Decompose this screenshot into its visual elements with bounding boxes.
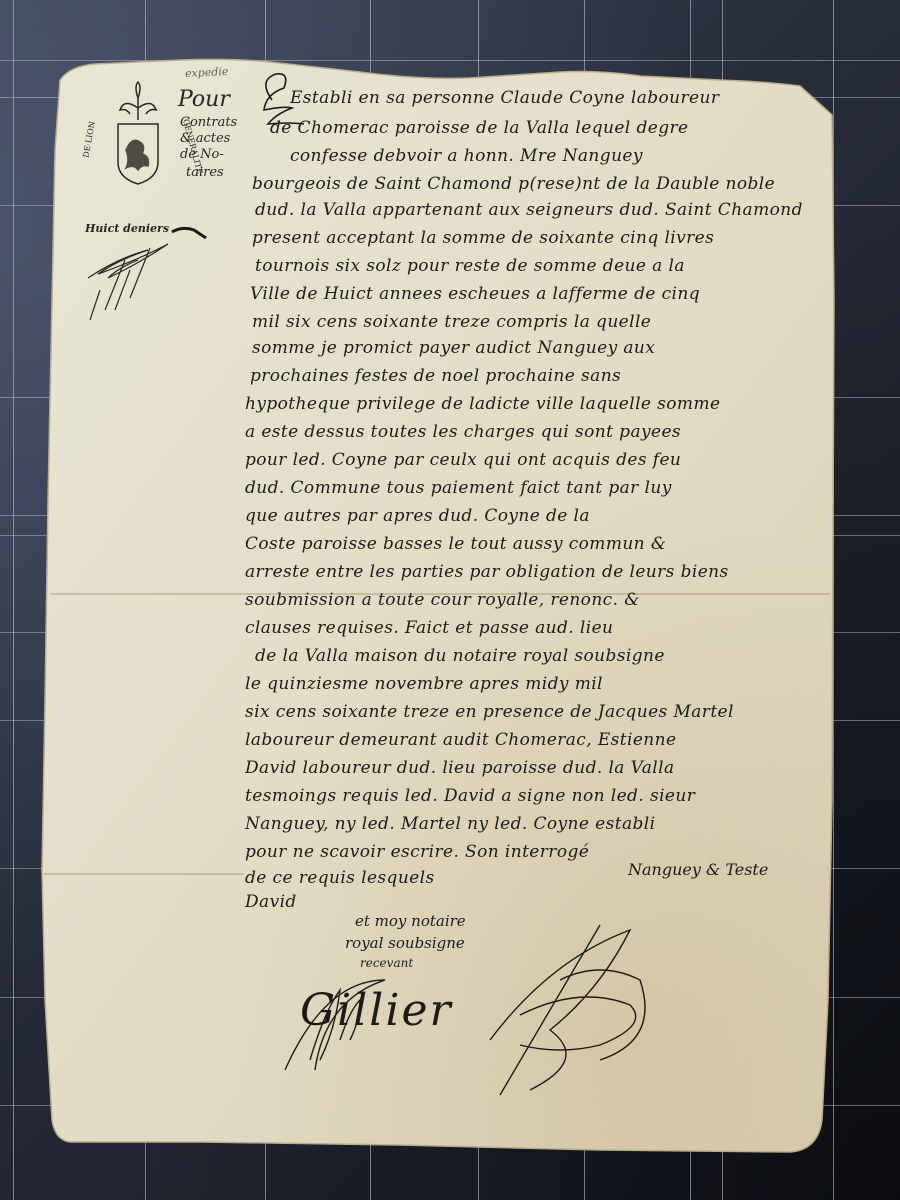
manuscript-line: soubmission a toute cour royalle, renonc… [245, 590, 640, 610]
manuscript-line: six cens soixante treze en presence de J… [245, 702, 734, 722]
manuscript-line: David [245, 892, 297, 912]
manuscript-line: le quinziesme novembre apres midy mil [245, 674, 603, 694]
manuscript-line: que autres par apres dud. Coyne de la [245, 506, 590, 526]
manuscript-line: de ce requis lesquels [245, 868, 435, 888]
manuscript-line: Establi en sa personne Claude Coyne labo… [290, 88, 719, 108]
manuscript-line: de Chomerac paroisse de la Valla lequel … [270, 118, 688, 138]
manuscript-line: laboureur demeurant audit Chomerac, Esti… [245, 730, 676, 750]
notary-signature: Gillier [300, 985, 453, 1036]
document-sheet: DE·LION GENERALITE expedie Pour Contrats… [0, 0, 900, 1200]
stamp-text-line: & actes [180, 131, 230, 146]
manuscript-line: David laboureur dud. lieu paroisse dud. … [245, 758, 675, 778]
closing-line: recevant [360, 956, 413, 970]
witness-signature: Nanguey & Teste [628, 860, 768, 879]
manuscript-line: clauses requises. Faict et passe aud. li… [245, 618, 613, 638]
manuscript-line: prochaines festes de noel prochaine sans [250, 366, 621, 386]
manuscript-line: a este dessus toutes les charges qui son… [245, 422, 681, 442]
manuscript-line: hypotheque privilege de ladicte ville la… [245, 394, 720, 414]
annotation-expedie: expedie [185, 65, 229, 80]
manuscript-line: arreste entre les parties par obligation… [245, 562, 729, 582]
manuscript-line: confesse debvoir a honn. Mre Nanguey [290, 146, 643, 166]
manuscript-line: Coste paroisse basses le tout aussy comm… [245, 534, 666, 554]
closing-line: et moy notaire [355, 912, 466, 930]
manuscript-line: dud. la Valla appartenant aux seigneurs … [255, 200, 803, 220]
closing-line: royal soubsigne [345, 934, 465, 952]
stamp-text-line: de No- [180, 147, 224, 162]
manuscript-line: pour ne scavoir escrire. Son interrogé [245, 842, 589, 862]
manuscript-line: Ville de Huict annees escheues a lafferm… [250, 284, 700, 304]
manuscript-line: dud. Commune tous paiement faict tant pa… [245, 478, 672, 498]
stamp-text-pour: Pour [178, 87, 230, 112]
stamp-tax-label: Huict deniers [85, 222, 169, 235]
manuscript-line: Nanguey, ny led. Martel ny led. Coyne es… [245, 814, 655, 834]
manuscript-line: pour led. Coyne par ceulx qui ont acquis… [245, 450, 681, 470]
manuscript-line: tournois six solz pour reste de somme de… [255, 256, 685, 276]
manuscript-line: de la Valla maison du notaire royal soub… [255, 646, 665, 666]
manuscript-line: somme je promict payer audict Nanguey au… [252, 338, 655, 358]
stamp-text-line: Contrats [180, 115, 237, 130]
manuscript-line: present acceptant la somme de soixante c… [252, 228, 714, 248]
fold-crease [44, 873, 244, 875]
stamp-text-line: taires [186, 165, 224, 180]
tax-stamp-block: Pour Contrats & actes de No- taires [110, 85, 260, 225]
manuscript-line: tesmoings requis led. David a signe non … [245, 786, 695, 806]
manuscript-line: mil six cens soixante treze compris la q… [252, 312, 651, 332]
manuscript-line: bourgeois de Saint Chamond p(rese)nt de … [252, 174, 775, 194]
